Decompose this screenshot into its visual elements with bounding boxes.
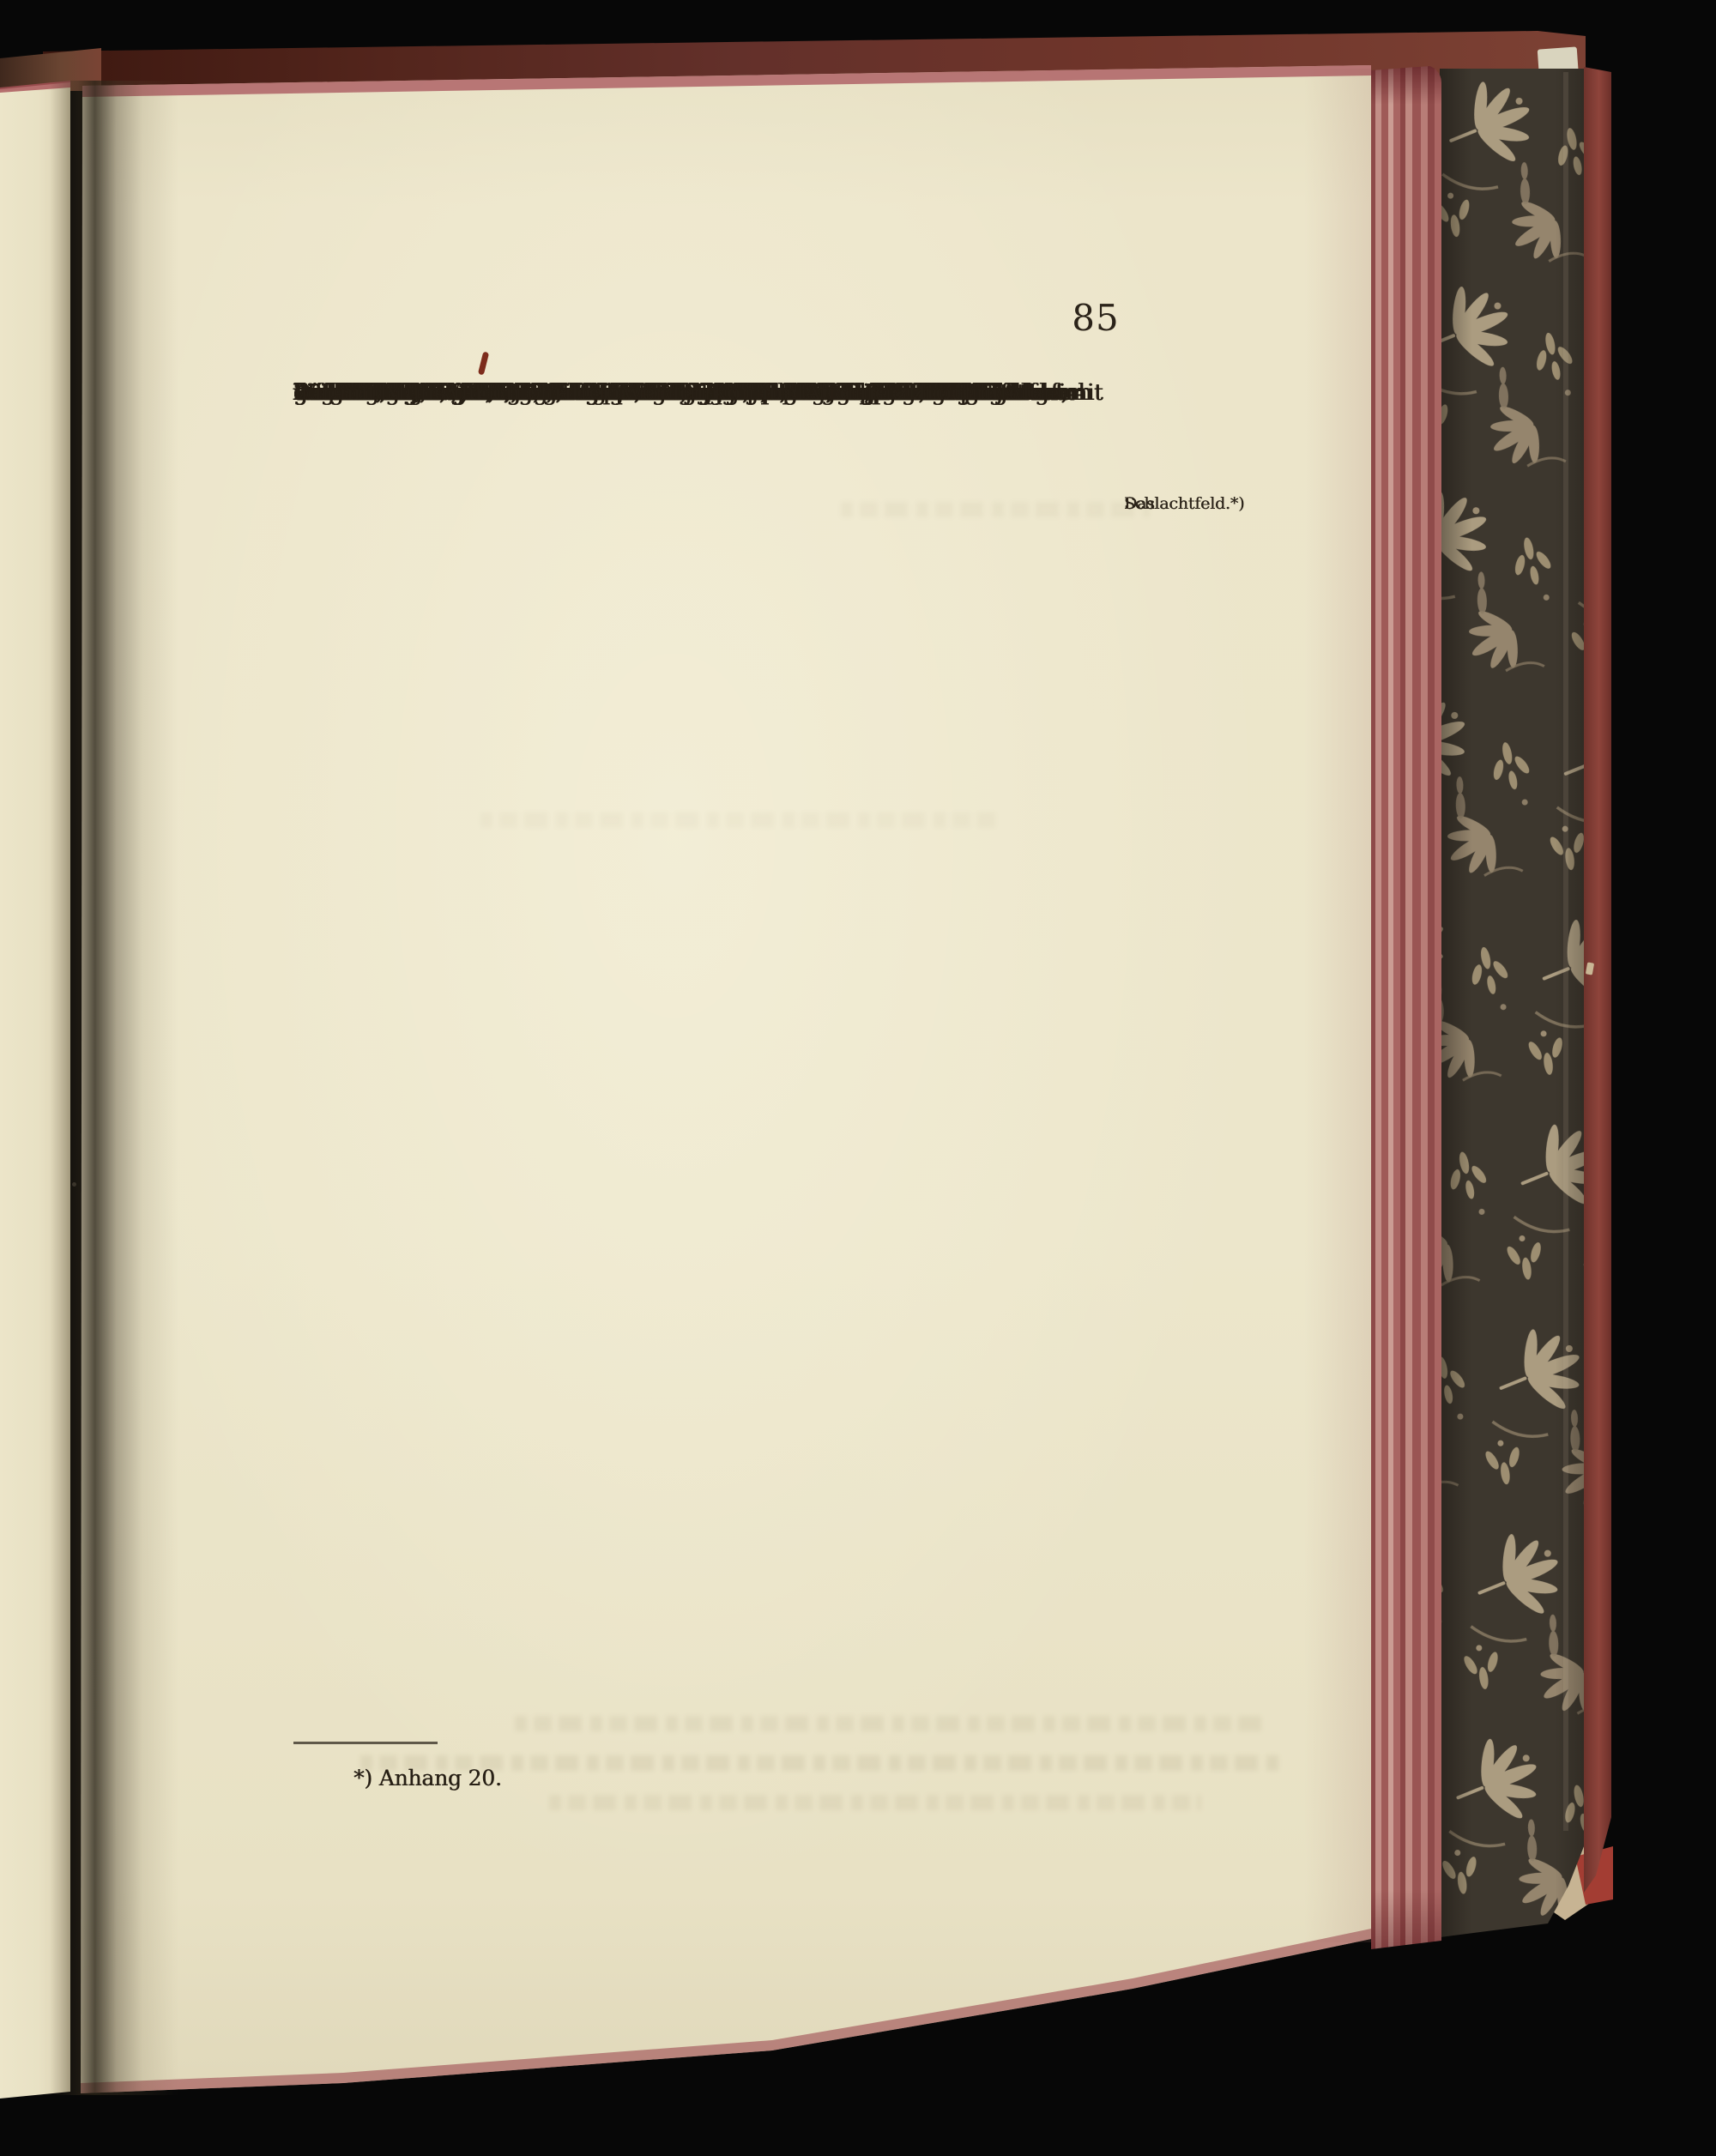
footnote: *) Anhang 20.: [353, 1766, 714, 1791]
show-through-text: [480, 812, 995, 828]
book-page: [81, 63, 1371, 2095]
body-line: nur mit Mühe durchſchritten werden konnt…: [293, 372, 1053, 414]
page-number: 85: [1057, 297, 1134, 339]
show-through-text: [841, 502, 1150, 517]
margin-note-line2: Schlachtfeld.*): [1124, 492, 1244, 516]
page-fore-edge-stained: [1371, 65, 1441, 1949]
page-right-shade: [1304, 69, 1371, 1942]
facing-page-strip: [0, 82, 70, 2100]
footnote-rule: [293, 1742, 438, 1744]
show-through-text: [549, 1795, 1201, 1810]
book-photo: 85 30ſten Auguſt zum Marſche über Eſchen…: [0, 0, 1716, 2156]
cover-groove-line: [1563, 72, 1568, 1831]
ink-dot: [72, 1182, 76, 1187]
show-through-text: [515, 1716, 1270, 1731]
cover-maroon-strip: [1584, 67, 1611, 1896]
